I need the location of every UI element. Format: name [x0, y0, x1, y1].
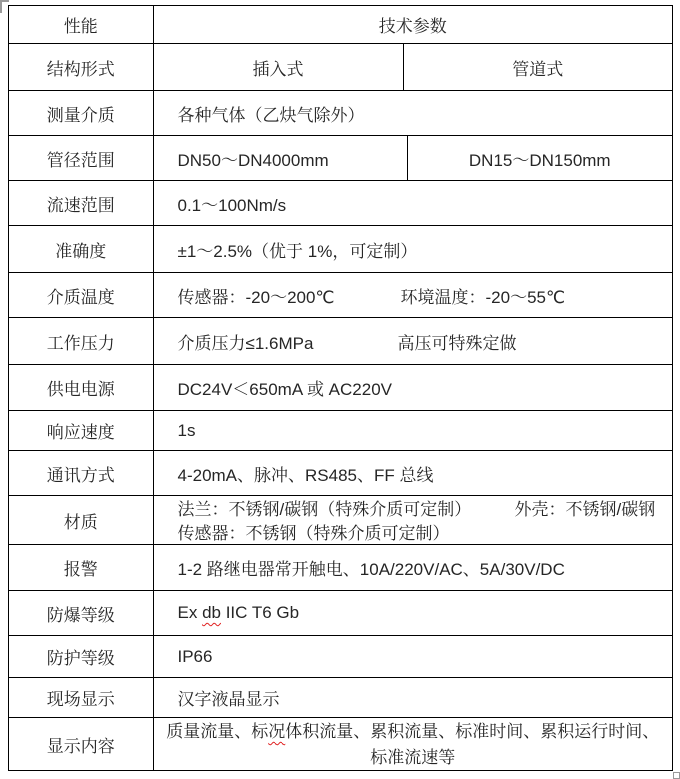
row-label: 准确度 [9, 226, 154, 272]
row-label: 流速范围 [9, 181, 154, 225]
display-content-suffix: 体积流量、累积流量、标准时间、累积运行时间、标准流速等 [285, 722, 659, 767]
sensor-material-text: 传感器：不锈钢（特殊介质可定制） [178, 522, 450, 545]
medium-pressure-text: 介质压力≤1.6MPa [178, 329, 398, 354]
spellcheck-underline-text: db [202, 603, 221, 623]
row-label: 供电电源 [9, 365, 154, 410]
table-row-power: 供电电源 DC24V＜650mA 或 AC220V [9, 365, 672, 411]
table-row-temperature: 介质温度 传感器：-20～200℃ 环境温度：-20～55℃ [9, 273, 672, 318]
explosion-rating-suffix: IIC T6 Gb [221, 603, 299, 623]
header-value-cell: 技术参数 [154, 6, 673, 43]
display-content-prefix: 质量流量、标 [166, 722, 268, 741]
table-row-accuracy: 准确度 ±1～2.5%（优于 1%，可定制） [9, 226, 672, 273]
row-label: 防护等级 [9, 636, 154, 677]
row-label: 报警 [9, 545, 154, 590]
table-resize-handle[interactable] [673, 772, 680, 779]
row-label: 性能 [9, 6, 154, 43]
table-row-response: 响应速度 1s [9, 411, 672, 451]
table-row-explosion-rating: 防爆等级 Ex db IIC T6 Gb [9, 591, 672, 636]
local-display-value-cell: 汉字液晶显示 [154, 678, 673, 717]
material-value-cell: 法兰：不锈钢/碳钢（特殊介质可定制） 外壳：不锈钢/碳钢 传感器：不锈钢（特殊介… [154, 496, 673, 544]
table-row-pressure: 工作压力 介质压力≤1.6MPa 高压可特殊定做 [9, 318, 672, 365]
table-row-material: 材质 法兰：不锈钢/碳钢（特殊介质可定制） 外壳：不锈钢/碳钢 传感器：不锈钢（… [9, 496, 672, 545]
explosion-rating-value-cell: Ex db IIC T6 Gb [154, 591, 673, 635]
power-value-cell: DC24V＜650mA 或 AC220V [154, 365, 673, 410]
row-label: 通讯方式 [9, 451, 154, 495]
protection-rating-value-cell: IP66 [154, 636, 673, 677]
accuracy-value-cell: ±1～2.5%（优于 1%，可定制） [154, 226, 673, 272]
row-label: 结构形式 [9, 44, 154, 90]
table-row-structure: 结构形式 插入式 管道式 [9, 44, 672, 91]
row-label: 材质 [9, 496, 154, 544]
diameter-pipeline-cell: DN15～DN150mm [408, 136, 673, 180]
row-label: 介质温度 [9, 273, 154, 317]
table-row-communication: 通讯方式 4-20mA、脉冲、RS485、FF 总线 [9, 451, 672, 496]
table-row-display-content: 显示内容 质量流量、标况体积流量、累积流量、标准时间、累积运行时间、标准流速等 [9, 718, 672, 770]
table-row-medium: 测量介质 各种气体（乙炔气除外） [9, 91, 672, 136]
table-row-protection-rating: 防护等级 IP66 [9, 636, 672, 678]
explosion-rating-prefix: Ex [178, 603, 203, 623]
housing-material-text: 外壳：不锈钢/碳钢 [515, 498, 656, 522]
table-row-header: 性能 技术参数 [9, 6, 672, 44]
high-pressure-custom-text: 高压可特殊定做 [398, 329, 517, 354]
display-content-value-cell: 质量流量、标况体积流量、累积流量、标准时间、累积运行时间、标准流速等 [154, 718, 673, 770]
structure-pipeline-cell: 管道式 [404, 44, 673, 90]
communication-value-cell: 4-20mA、脉冲、RS485、FF 总线 [154, 451, 673, 495]
ambient-temperature-text: 环境温度：-20～55℃ [401, 283, 566, 308]
temperature-value-cell: 传感器：-20～200℃ 环境温度：-20～55℃ [154, 273, 673, 317]
row-label: 响应速度 [9, 411, 154, 450]
velocity-value-cell: 0.1～100Nm/s [154, 181, 673, 225]
table-row-diameter: 管径范围 DN50～DN4000mm DN15～DN150mm [9, 136, 672, 181]
diameter-insertion-cell: DN50～DN4000mm [154, 136, 408, 180]
table-row-alarm: 报警 1-2 路继电器常开触电、10A/220V/AC、5A/30V/DC [9, 545, 672, 591]
sensor-temperature-text: 传感器：-20～200℃ [178, 283, 401, 308]
table-row-local-display: 现场显示 汉字液晶显示 [9, 678, 672, 718]
alarm-value-cell: 1-2 路继电器常开触电、10A/220V/AC、5A/30V/DC [154, 545, 673, 590]
response-value-cell: 1s [154, 411, 673, 450]
row-label: 管径范围 [9, 136, 154, 180]
flange-material-text: 法兰：不锈钢/碳钢（特殊介质可定制） [178, 498, 515, 522]
row-label: 工作压力 [9, 318, 154, 364]
row-label: 测量介质 [9, 91, 154, 135]
row-label: 防爆等级 [9, 591, 154, 635]
structure-insertion-cell: 插入式 [154, 44, 404, 90]
row-label: 显示内容 [9, 718, 154, 770]
table-row-velocity: 流速范围 0.1～100Nm/s [9, 181, 672, 226]
pressure-value-cell: 介质压力≤1.6MPa 高压可特殊定做 [154, 318, 673, 364]
row-label: 现场显示 [9, 678, 154, 717]
spec-table: 性能 技术参数 结构形式 插入式 管道式 测量介质 各种气体（乙炔气除外） 管径… [8, 5, 673, 771]
medium-value-cell: 各种气体（乙炔气除外） [154, 91, 673, 135]
spellcheck-underline-text: 况 [268, 722, 285, 741]
